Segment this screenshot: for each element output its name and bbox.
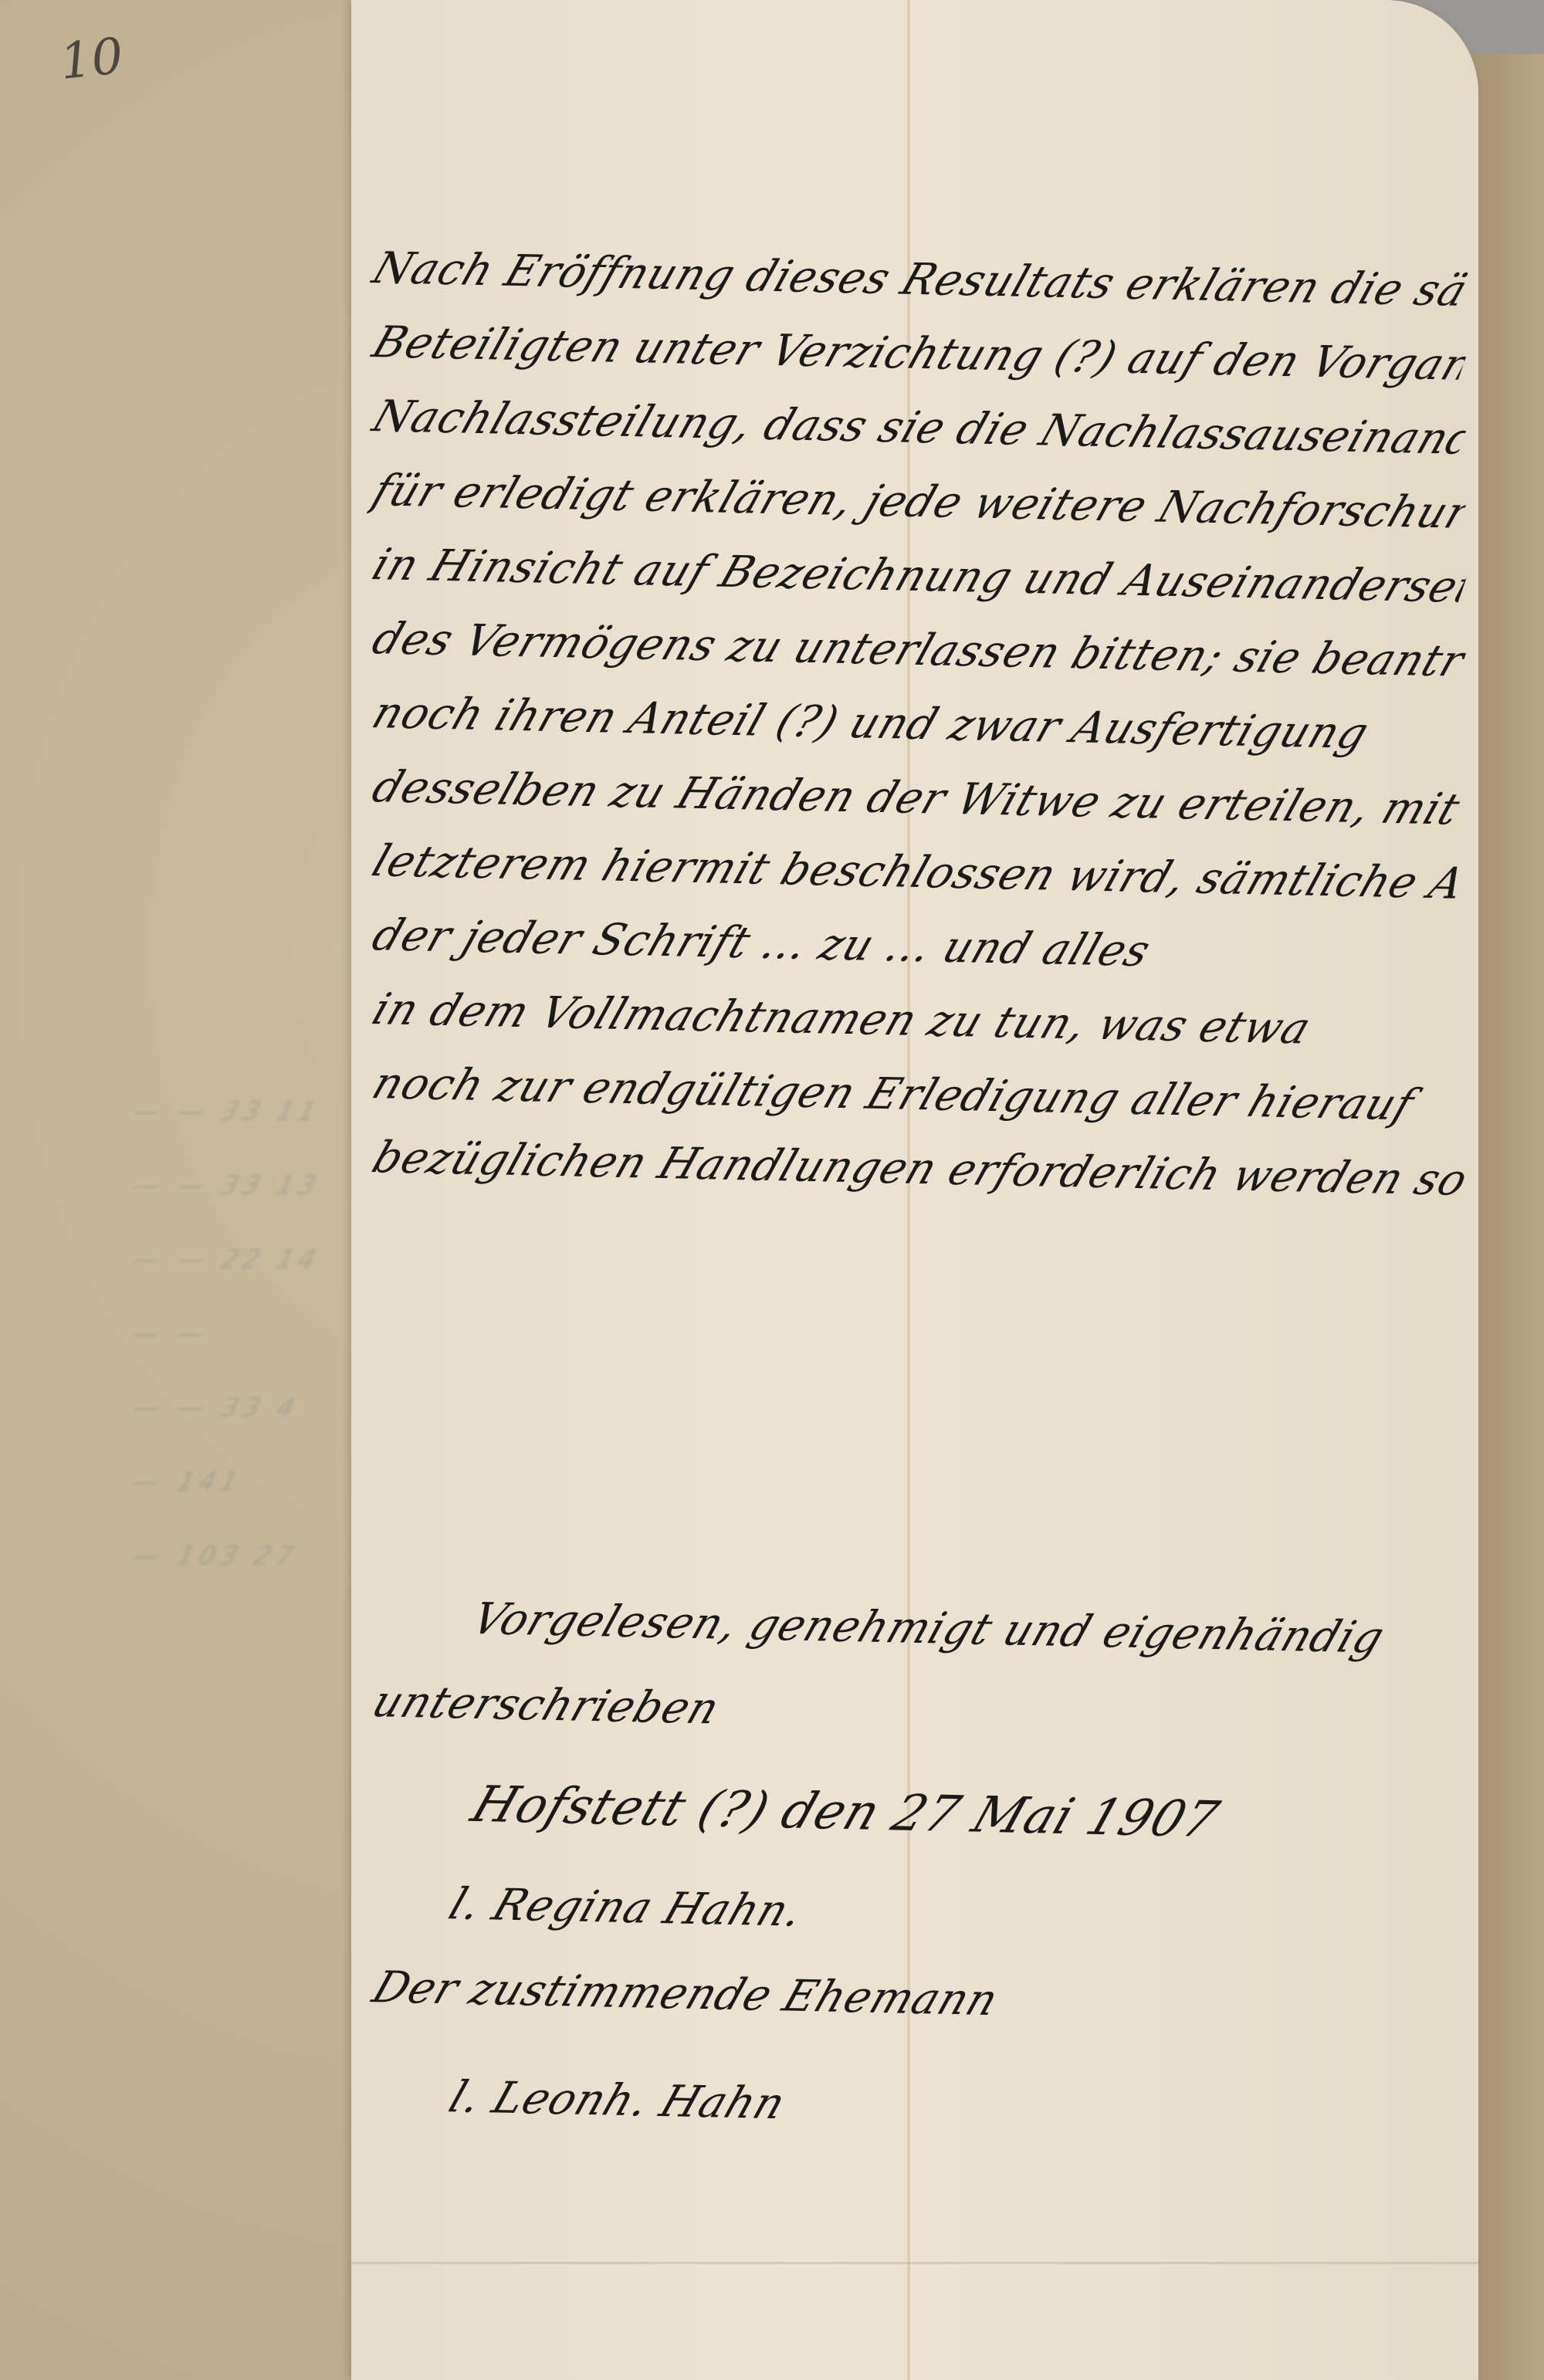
place-date: Hofstett (?) den 27 Mai 1907 [354,1745,1468,1883]
handwritten-sheet: Nach Eröffnung dieses Resultats erklären… [351,0,1478,2380]
signature-husband: l. Leonh. Hahn [360,2053,1462,2161]
body-text: Nach Eröffnung dieses Resultats erklären… [374,232,1471,1195]
bleed-through-figures: — — 33 11 — — 33 13 — — 22 14 — — — — 33… [124,1096,371,1615]
closing-section: Vorgelesen, genehmigt und eigenhändig un… [374,1575,1455,2138]
page-number: 10 [57,28,126,91]
horizontal-fold-line [351,2262,1478,2264]
